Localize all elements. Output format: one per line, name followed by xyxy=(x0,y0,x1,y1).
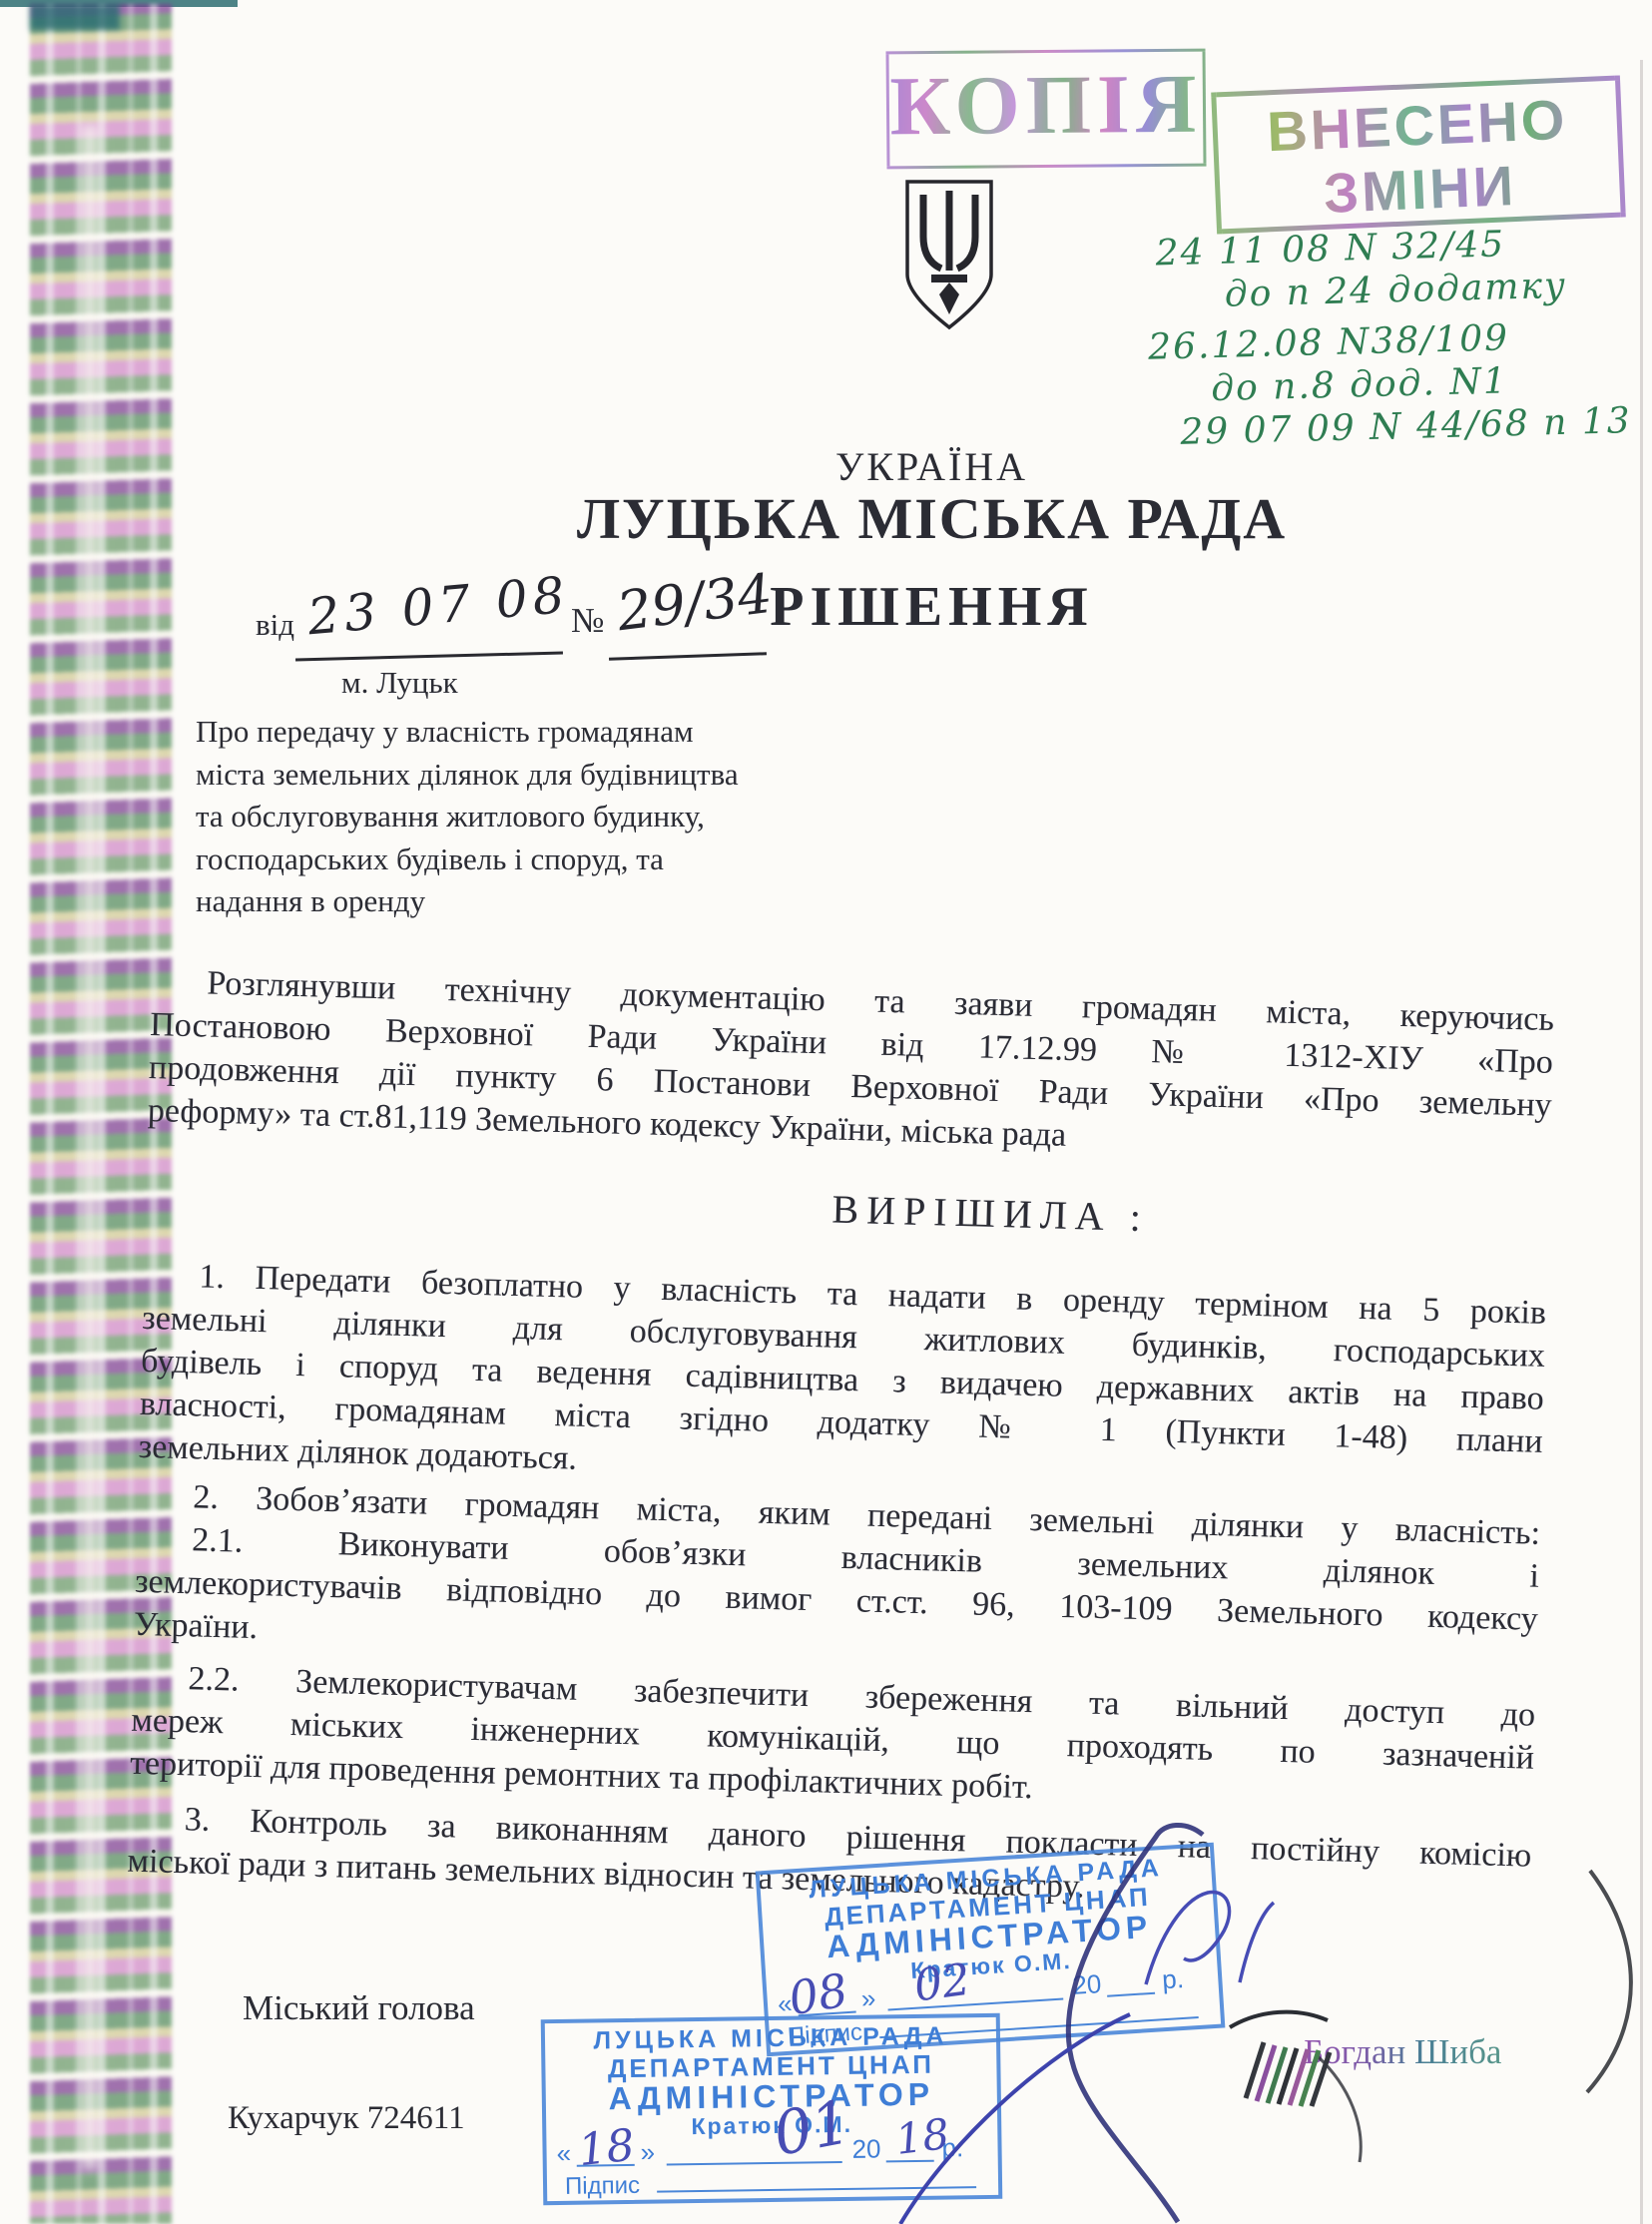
handwritten-stamp-month: 01 xyxy=(768,2087,855,2170)
subject-block-3: та обслуговування житлового будинку, xyxy=(196,796,834,838)
sign-label: Підпис xyxy=(565,2172,640,2200)
date-label: від xyxy=(256,607,294,643)
handwritten-number: 29/34 xyxy=(614,562,776,643)
mayor-name: Богдан Шиба xyxy=(1304,2032,1501,2072)
handwritten-stamp-month: 02 xyxy=(911,1954,973,2012)
executor-reference: Кухарчук 724611 xyxy=(228,2100,465,2137)
year-suffix: р. xyxy=(1161,1963,1185,1995)
body-text-block: Розглянувши технічну документацію та зая… xyxy=(127,960,1554,1921)
changes-made-stamp: ВНЕСЕНО ЗМІНИ xyxy=(1211,75,1626,234)
subject-block-1: Про передачу у власність громадянам xyxy=(196,711,834,754)
handwritten-stamp-day: 18 xyxy=(576,2120,637,2176)
subject-block-4: господарських будівель і споруд, та xyxy=(196,838,834,881)
number-label: № xyxy=(571,601,604,641)
date-and-number-line: від 23 07 08 № 29/34 м. Луцьк xyxy=(250,585,828,705)
subject-block: Про передачу у власність громадянамміста… xyxy=(196,711,834,923)
number-underline xyxy=(609,652,767,661)
open-quote: « xyxy=(556,2138,571,2169)
year-prefix: 20 xyxy=(1071,1968,1102,2001)
year-prefix: 20 xyxy=(851,2133,880,2164)
handwritten-margin-notes: 24 11 08 N 32/45до п 24 додатку26.12.08 … xyxy=(1143,219,1652,455)
country-title: УКРАЇНА xyxy=(0,443,1652,490)
copy-stamp-text: КОПІЯ xyxy=(889,58,1203,154)
subject-block-5: надання в оренду xyxy=(196,880,834,923)
signature-top-curve xyxy=(1230,2012,1328,2027)
close-quote: » xyxy=(640,2137,655,2168)
handwritten-stamp-year: 18 xyxy=(893,2109,952,2164)
subject-block-2: міста земельних ділянок для будівництва xyxy=(196,754,834,797)
sign-line xyxy=(657,2186,976,2192)
clause-1: 1. Передати безоплатно у власність та на… xyxy=(138,1254,1546,1506)
clause-2-2: 2.2. Землекористувачам забезпечити збере… xyxy=(130,1656,1536,1823)
council-title: ЛУЦЬКА МІСЬКА РАДА xyxy=(0,485,1652,552)
preamble-paragraph: Розглянувши технічну документацію та зая… xyxy=(147,960,1554,1170)
signature-right-arc xyxy=(1587,1871,1631,2092)
date-underline xyxy=(295,651,563,661)
city-label: м. Луцьк xyxy=(341,665,458,701)
admin-stamp-lower: ЛУЦЬКА МІСЬКА РАДА ДЕПАРТАМЕНТ ЦНАП АДМІ… xyxy=(541,2013,1003,2205)
signature-stamp1-flourish2 xyxy=(1240,1903,1274,1982)
close-quote: » xyxy=(860,1982,876,2014)
mayor-title: Міський голова xyxy=(243,1988,475,2028)
ukraine-trident-emblem-icon xyxy=(901,179,997,332)
resolved-heading: ВИРІШИЛА : xyxy=(831,1187,1549,1252)
scanned-decision-page: КОПІЯ ВНЕСЕНО ЗМІНИ 24 11 08 N 32/45до п… xyxy=(0,0,1652,2224)
year-line xyxy=(1107,1992,1155,1997)
copy-stamp: КОПІЯ xyxy=(885,49,1206,170)
